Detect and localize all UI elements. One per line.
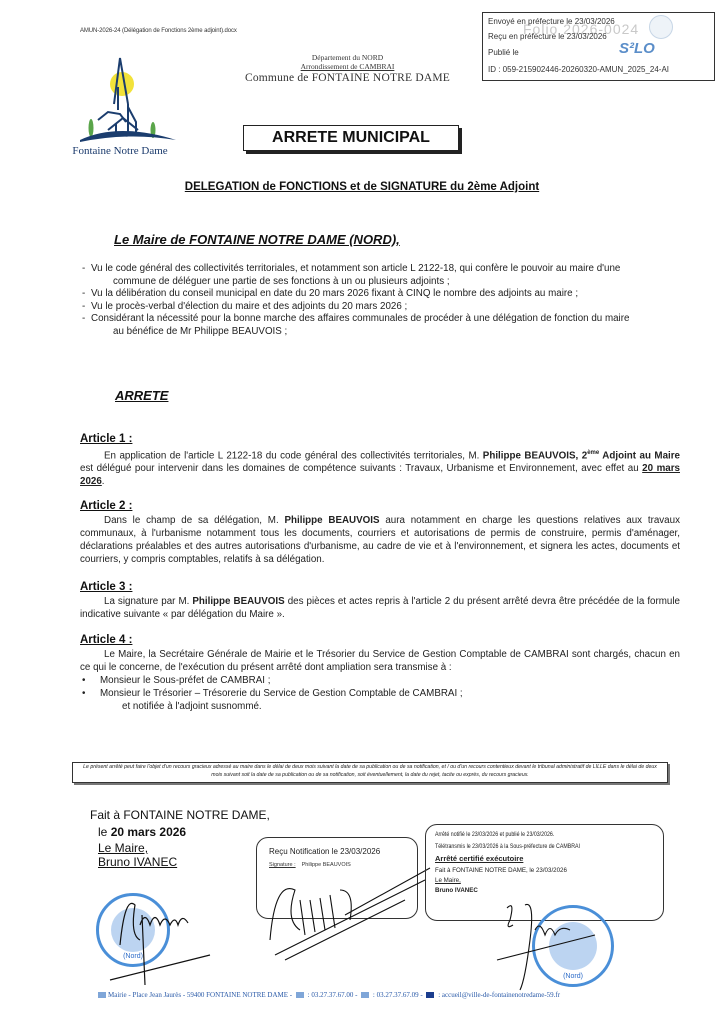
teletransmitted: Télétransmis le 23/03/2026 à la Sous-pré… (435, 843, 580, 850)
article-title: Article 1 : (80, 433, 680, 446)
logo-caption: Fontaine Notre Dame (70, 145, 170, 157)
commune-header: Département du NORD Arrondissement de CA… (240, 53, 455, 85)
signature-block: Fait à FONTAINE NOTRE DAME, le 20 mars 2… (90, 807, 270, 869)
fax-icon (361, 992, 369, 998)
ampliation-list: Monsieur le Sous-préfet de CAMBRAI ; Mon… (80, 674, 680, 700)
article-title: Article 2 : (80, 500, 680, 513)
document-filename: AMUN-2026-24 (Délégation de Fonctions 2è… (80, 28, 237, 34)
footer-contact: Mairie - Place Jean Jaurès - 59400 FONTA… (96, 991, 560, 999)
recours-notice: Le présent arrêté peut faire l'objet d'u… (72, 762, 668, 783)
considerant-item: Considérant la nécessité pour la bonne m… (82, 313, 682, 338)
exec-role: Le Maire, (435, 877, 461, 884)
notification-received: Reçu Notification le 23/03/2026 (269, 847, 380, 856)
exec-name: Bruno IVANEC (435, 887, 478, 894)
maire-heading: Le Maire de FONTAINE NOTRE DAME (NORD), (114, 232, 400, 247)
document-subtitle: DELEGATION de FONCTIONS et de SIGNATURE … (0, 181, 724, 193)
document-title: ARRETE MUNICIPAL (243, 125, 459, 151)
considerant-item: Vu le code général des collectivités ter… (82, 263, 682, 288)
notified-published: Arrêté notifié le 23/03/2026 et publié l… (435, 831, 554, 838)
commune-name: Commune de FONTAINE NOTRE DAME (240, 71, 455, 85)
exec-fait: Fait à FONTAINE NOTRE DAME, le 23/03/202… (435, 867, 567, 874)
article-2: Article 2 : Dans le champ de sa délégati… (80, 500, 680, 566)
department: Département du NORD (240, 53, 455, 62)
considerants-list: Vu le code général des collectivités ter… (82, 263, 682, 338)
arrete-heading: ARRETE (115, 388, 168, 403)
considerant-item: Vu le procès-verbal d'élection du maire … (82, 301, 682, 314)
certified-executory: Arrêté certifié exécutoire (435, 854, 523, 863)
received-date: Reçu en préfecture le 23/03/2026 (488, 32, 607, 41)
signature-role: Le Maire, (90, 841, 270, 855)
considerant-item: Vu la délibération du conseil municipal … (82, 288, 682, 301)
email-icon (426, 992, 434, 998)
s2lo-logo: S²LO (619, 40, 655, 57)
signature-name: Bruno IVANEC (90, 855, 270, 869)
published-date: Publié le (488, 48, 519, 57)
fait-a: Fait à FONTAINE NOTRE DAME, (90, 807, 270, 824)
sent-date: Envoyé en préfecture le 23/03/2026 (488, 17, 615, 26)
article-title: Article 3 : (80, 581, 680, 594)
article-1: Article 1 : En application de l'article … (80, 433, 680, 488)
signature-date: le 20 mars 2026 (90, 824, 270, 841)
article-title: Article 4 : (80, 634, 680, 647)
seal-watermark-icon (649, 15, 673, 39)
act-id: ID : 059-215902446-20260320-AMUN_2025_24… (488, 65, 669, 74)
phone-icon (296, 992, 304, 998)
church-logo-icon (78, 52, 178, 147)
footer-email[interactable]: : accueil@ville-de-fontainenotredame-59.… (436, 991, 560, 999)
commune-logo (78, 52, 178, 160)
adjoint-signature-icon (265, 860, 435, 970)
article-4: Article 4 : Le Maire, la Secrétaire Géné… (80, 634, 680, 713)
arrondissement: Arrondissement de CAMBRAI (240, 62, 455, 71)
article-3: Article 3 : La signature par M. Philippe… (80, 581, 680, 621)
ampliation-item: Monsieur le Sous-préfet de CAMBRAI ; (80, 674, 680, 687)
building-icon (98, 992, 106, 998)
prefecture-stamp: Folio 2026-0024 Envoyé en préfecture le … (482, 12, 715, 81)
maire-certification-signature-icon (495, 900, 645, 995)
maire-signature-icon (100, 885, 220, 985)
ampliation-item: Monsieur le Trésorier – Trésorerie du Se… (80, 687, 680, 700)
